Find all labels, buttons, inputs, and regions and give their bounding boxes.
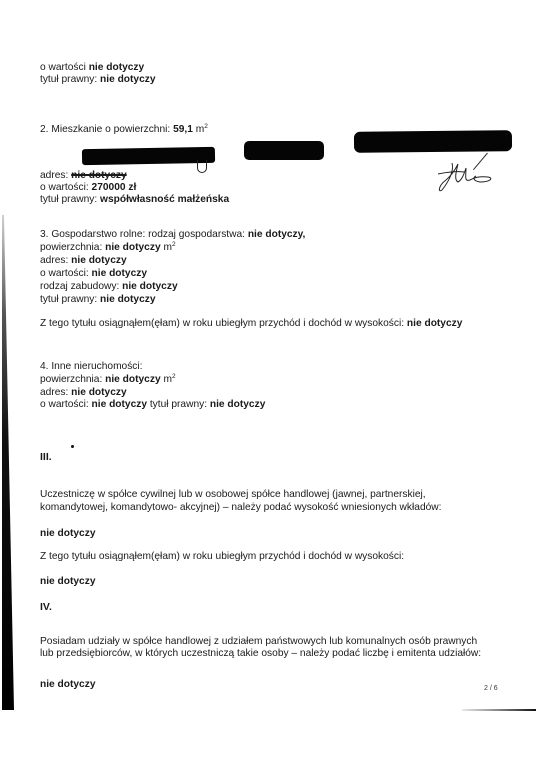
label: o wartości:: [40, 268, 92, 279]
label: 4. Inne nieruchomości:: [40, 361, 143, 372]
value: 270000 zł: [92, 182, 137, 193]
value: nie dotyczy,: [248, 229, 306, 240]
section-iv-text-1: Posiadam udziały w spółce handlowej z ud…: [40, 636, 477, 648]
farm-title-line: tytuł prawny: nie dotyczy: [40, 294, 156, 306]
label: tytuł prawny:: [40, 74, 100, 85]
section-iii-answer: nie dotyczy: [40, 528, 95, 540]
struck-value: nie dotyczy: [71, 170, 126, 181]
pen-stroke: [197, 160, 207, 173]
section-iii-text-2: komandytowej, komandytowo- akcyjnej) – n…: [40, 502, 441, 514]
value: nie dotyczy: [105, 242, 160, 253]
prev-value-line: o wartości nie dotyczy: [40, 62, 144, 74]
flat-area: 59,1: [173, 124, 193, 135]
unit-sup: 2: [172, 241, 176, 248]
prev-title-line: tytuł prawny: nie dotyczy: [40, 74, 156, 86]
value: nie dotyczy: [92, 399, 147, 410]
unit-sup: 2: [172, 373, 176, 380]
other-address-line: adres: nie dotyczy: [40, 387, 127, 399]
scan-edge-shadow: [2, 215, 14, 710]
label: o wartości:: [40, 182, 92, 193]
label: adres:: [40, 170, 71, 181]
label: rodzaj zabudowy:: [40, 281, 122, 292]
value: nie dotyczy: [105, 374, 160, 385]
farm-value-line: o wartości: nie dotyczy: [40, 268, 147, 280]
section-iii-heading: III.: [40, 451, 52, 463]
label: 3. Gospodarstwo rolne: rodzaj gospodarst…: [40, 229, 248, 240]
flat-title-line: tytuł prawny: współwłasność małżeńska: [40, 194, 229, 206]
value: nie dotyczy: [89, 62, 144, 73]
label: tytuł prawny:: [40, 294, 100, 305]
redaction-bar: [244, 141, 324, 160]
value: nie dotyczy: [71, 255, 126, 266]
unit: m: [193, 124, 204, 135]
label: 2. Mieszkanie o powierzchni:: [40, 124, 173, 135]
farm-buildings-line: rodzaj zabudowy: nie dotyczy: [40, 281, 178, 293]
value: współwłasność małżeńska: [100, 194, 229, 205]
label: o wartości:: [40, 399, 92, 410]
value: nie dotyczy: [122, 281, 177, 292]
label: o wartości: [40, 62, 89, 73]
other-area-line: powierzchnia: nie dotyczy m2: [40, 374, 176, 386]
page-number: 2 / 6: [484, 685, 498, 692]
value: nie dotyczy: [100, 294, 155, 305]
flat-heading: 2. Mieszkanie o powierzchni: 59,1 m2: [40, 124, 208, 136]
section-iv-text-2: lub przedsiębiorców, w których uczestnic…: [40, 648, 481, 660]
document-page: o wartości nie dotyczy tytuł prawny: nie…: [0, 0, 540, 764]
label: tytuł prawny:: [40, 194, 100, 205]
value: nie dotyczy: [407, 318, 462, 329]
label: Z tego tytułu osiągnąłem(ęłam) w roku ub…: [40, 318, 407, 329]
value: nie dotyczy: [92, 268, 147, 279]
label: powierzchnia:: [40, 242, 105, 253]
section-iii-income-label: Z tego tytułu osiągnąłem(ęłam) w roku ub…: [40, 551, 404, 563]
section-iv-heading: IV.: [40, 601, 52, 613]
value: nie dotyczy: [71, 387, 126, 398]
section-iv-answer: nie dotyczy: [40, 679, 95, 691]
farm-area-line: powierzchnia: nie dotyczy m2: [40, 242, 176, 254]
other-heading: 4. Inne nieruchomości:: [40, 361, 143, 373]
signature-icon: [434, 160, 496, 194]
unit-sup: 2: [204, 123, 208, 130]
stray-mark: [71, 445, 74, 448]
value: nie dotyczy: [100, 74, 155, 85]
scan-artifact-line: [462, 709, 536, 711]
label: adres:: [40, 255, 71, 266]
redaction-bar: [82, 147, 215, 165]
farm-income-line: Z tego tytułu osiągnąłem(ęłam) w roku ub…: [40, 318, 462, 330]
section-iii-text-1: Uczestniczę w spółce cywilnej lub w osob…: [40, 489, 426, 501]
label: tytuł prawny:: [147, 399, 210, 410]
unit: m: [161, 374, 172, 385]
farm-heading: 3. Gospodarstwo rolne: rodzaj gospodarst…: [40, 229, 305, 241]
label: powierzchnia:: [40, 374, 105, 385]
other-value-title-line: o wartości: nie dotyczy tytuł prawny: ni…: [40, 399, 265, 411]
flat-value-line: o wartości: 270000 zł: [40, 182, 136, 194]
value: nie dotyczy: [210, 399, 265, 410]
unit: m: [161, 242, 172, 253]
redaction-bar: [354, 130, 512, 153]
farm-address-line: adres: nie dotyczy: [40, 255, 127, 267]
section-iii-income-answer: nie dotyczy: [40, 576, 95, 588]
flat-address-line: adres: nie dotyczy: [40, 170, 127, 182]
label: adres:: [40, 387, 71, 398]
